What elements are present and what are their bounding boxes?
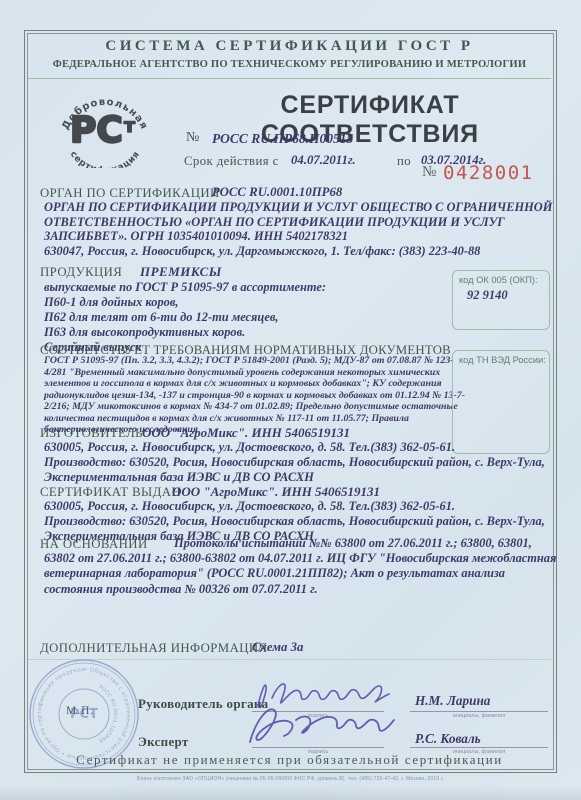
cert-number-label: №: [186, 130, 200, 146]
product-line: П60-1 для дойных коров,: [44, 295, 178, 310]
system-title: СИСТЕМА СЕРТИФИКАЦИИ ГОСТ Р: [24, 38, 555, 55]
head-name-caption: инициалы, фамилия: [410, 713, 548, 719]
issued-line: Производство: 630520, Росия, Новосибирск…: [44, 514, 545, 529]
tnved-code-label: код ТН ВЭД России:: [453, 351, 549, 365]
manufacturer-name: ООО "АгроМикс". ИНН 5406519131: [142, 425, 350, 441]
validity-to-label: по: [397, 154, 411, 169]
validity-label: Срок действия с: [184, 154, 279, 169]
logo-monogram-big: РС: [70, 110, 123, 151]
okp-code-box: код ОК 005 (ОКП): 92 9140: [452, 270, 550, 330]
okp-code-value: 92 9140: [467, 288, 549, 303]
tnved-code-box: код ТН ВЭД России:: [452, 350, 550, 454]
product-name: ПРЕМИКСЫ: [140, 264, 222, 280]
expert-name-line: [410, 747, 548, 748]
header-divider: [28, 78, 551, 79]
issued-name: ООО "АгроМикс". ИНН 5406519131: [172, 484, 380, 500]
organ-line: ОТВЕТСТВЕННОСТЬЮ «ОРГАН ПО СЕРТИФИКАЦИИ …: [44, 215, 505, 230]
basis-text: Протоколы испытаний №№ 63800 от 27.06.20…: [44, 536, 560, 597]
manufacturer-line: Производство: 630520, Росия, Новосибирск…: [44, 455, 545, 470]
manufacturer-line: Экспериментальная база ИЭВС и ДВ СО РАСХ…: [44, 470, 314, 485]
head-name-line: [410, 711, 548, 712]
section-issued-label: СЕРТИФИКАТ ВЫДАН: [40, 485, 181, 500]
mp-label: М.П.: [66, 705, 94, 717]
cert-number-value: РОСС RU.ПР68.Н00515: [212, 131, 353, 147]
section-product-label: ПРОДУКЦИЯ: [40, 265, 122, 280]
conformity-text: ГОСТ Р 51095-97 (Пп. 3.2, 3.3, 4.3.2); Г…: [44, 355, 468, 436]
organ-code: РОСС RU.0001.10ПР68: [212, 185, 342, 200]
organ-line: ЗАПСИБВЕТ». ОГРН 1035401010094. ИНН 5402…: [44, 229, 348, 244]
expert-signature-line: [252, 747, 384, 748]
rst-logo-icon: Добровольная сертификация РС т: [48, 84, 160, 168]
svg-text:РОСС RU.0001.10ПР68: РОСС RU.0001.10ПР68: [97, 684, 118, 743]
expert-label: Эксперт: [138, 734, 189, 750]
fine-print: Бланк изготовлен ЗАО «ОПЦИОН» (лицензия …: [0, 776, 581, 782]
okp-code-label: код ОК 005 (ОКП):: [453, 271, 549, 285]
blank-number-value: 0428001: [443, 162, 534, 184]
expert-name: Р.С. Коваль: [415, 731, 481, 747]
agency-line: ФЕДЕРАЛЬНОЕ АГЕНТСТВО ПО ТЕХНИЧЕСКОМУ РЕ…: [24, 59, 555, 70]
product-line: П63 для высокопродуктивных коров.: [44, 325, 245, 340]
organ-line: 630047, Россия, г. Новосибирск, ул. Дарг…: [44, 244, 480, 259]
organ-line: ОРГАН ПО СЕРТИФИКАЦИИ ПРОДУКЦИИ И УСЛУГ …: [44, 200, 552, 215]
logo-monogram-small: т: [124, 115, 135, 137]
section-manufacturer-label: ИЗГОТОВИТЕЛЬ: [40, 426, 143, 441]
additional-value: Схема 3а: [252, 640, 303, 655]
issued-line: 630005, Россия, г. Новосибирск, ул. Дост…: [44, 499, 455, 514]
certificate-page: СИСТЕМА СЕРТИФИКАЦИИ ГОСТ Р ФЕДЕРАЛЬНОЕ …: [0, 0, 581, 800]
svg-text:сертификация: сертификация: [68, 150, 143, 168]
expert-signature-icon: [236, 704, 396, 748]
bottom-note: Сертификат не применяется при обязательн…: [24, 752, 555, 768]
manufacturer-line: 630005, Россия, г. Новосибирск, ул. Дост…: [44, 440, 455, 455]
head-name: Н.М. Ларина: [415, 693, 490, 709]
logo-arc-bottom-text: сертификация: [68, 150, 143, 168]
validity-from: 04.07.2011г.: [291, 153, 356, 168]
product-line: выпускаемые по ГОСТ Р 51095-97 в ассорти…: [44, 280, 326, 295]
stamp-inner-text: РОСС RU.0001.10ПР68: [97, 684, 118, 743]
blank-number-label: №: [422, 164, 436, 181]
product-line: П62 для телят от 6-ти до 12-ти месяцев,: [44, 310, 278, 325]
section-organ-label: ОРГАН ПО СЕРТИФИКАЦИИ: [40, 186, 220, 201]
section-additional-label: ДОПОЛНИТЕЛЬНАЯ ИНФОРМАЦИЯ: [40, 641, 267, 656]
